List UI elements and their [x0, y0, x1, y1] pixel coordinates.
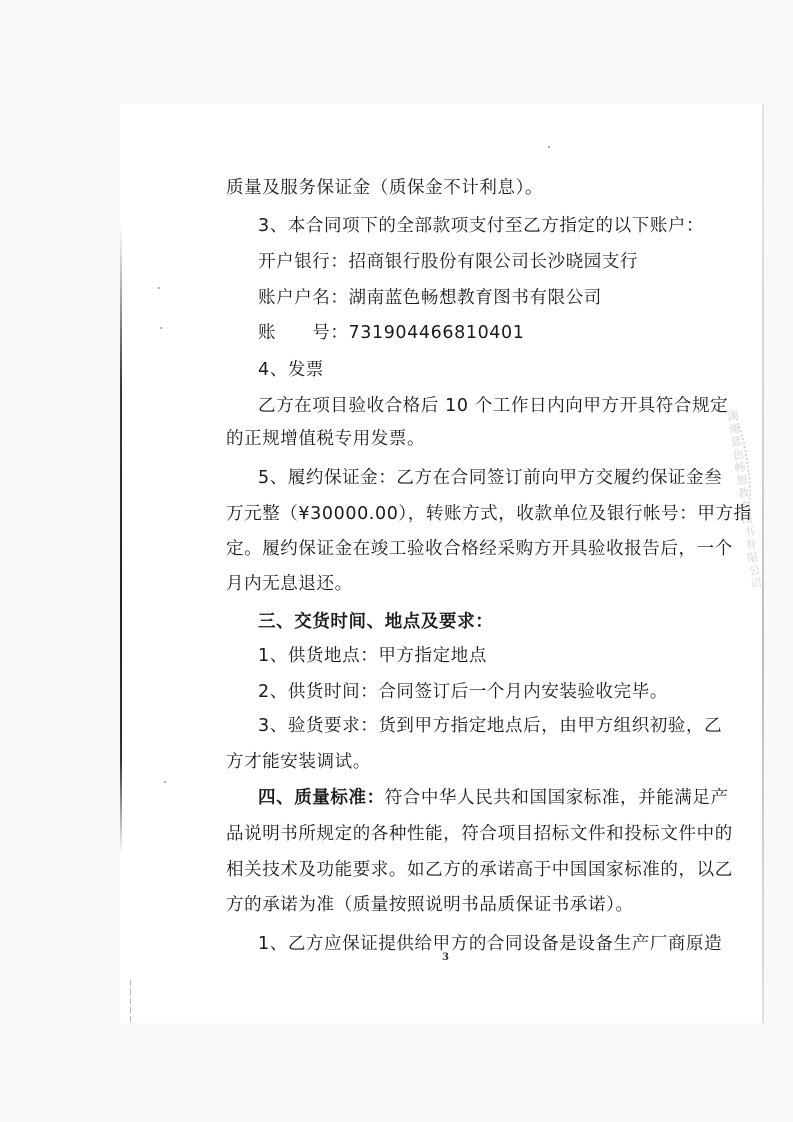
- scan-speck: [164, 781, 166, 783]
- page-number: 3: [442, 952, 449, 963]
- inspection-line: 3、验货要求：货到甲方指定地点后，由甲方组织初验，乙: [258, 714, 662, 738]
- scan-speck: [400, 440, 402, 442]
- text-line-10: 万元整（¥30000.00），转账方式，收款单位及银行帐号：甲方指: [226, 502, 662, 526]
- text-line-1: 质量及服务保证金（质保金不计利息）。: [226, 176, 543, 200]
- text-line-21: 方的承诺为准（质量按照说明书品质保证书承诺）。: [226, 893, 634, 917]
- text-line-22: 1、乙方应保证提供给甲方的合同设备是设备生产厂商原造: [258, 932, 662, 956]
- document-page: [120, 104, 763, 1023]
- quality-text: 符合中华人民共和国国家标准，并能满足产: [385, 786, 729, 810]
- scan-speck: [158, 287, 160, 289]
- text-line-11: 定。履约保证金在竣工验收合格经采购方开具验收报告后，一个: [226, 537, 662, 561]
- text-line-17: 方才能安装调试。: [226, 750, 371, 774]
- performance-bond-line: 5、履约保证金：乙方在合同签订前向甲方交履约保证金叁: [258, 466, 662, 490]
- bank-name-line: 开户银行：招商银行股份有限公司长沙晓园支行: [258, 250, 638, 274]
- scan-edge-left: [120, 225, 122, 855]
- account-name-line: 账户户名：湖南蓝色畅想教育图书有限公司: [258, 286, 602, 310]
- text-line-19: 品说明书所规定的各种性能，符合项目招标文件和投标文件中的: [226, 822, 662, 846]
- account-number-line: 账 号：731904466810401: [258, 321, 525, 345]
- scan-edge-right: [762, 104, 764, 1023]
- delivery-location-line: 1、供货地点：甲方指定地点: [258, 644, 487, 668]
- scan-speck: [160, 327, 162, 329]
- section-delivery-heading: 三、交货时间、地点及要求：: [258, 610, 493, 634]
- text-line-2: 3、本合同项下的全部款项支付至乙方指定的以下账户：: [258, 214, 704, 238]
- section-quality-heading: 四、质量标准：: [258, 786, 385, 810]
- text-line-8: 的正规增值税专用发票。: [226, 427, 425, 451]
- section-quality-line: 四、质量标准： 符合中华人民共和国国家标准，并能满足产: [258, 786, 662, 810]
- scan-edge-dash: [130, 980, 131, 1023]
- scan-speck: [548, 146, 550, 148]
- text-line-20: 相关技术及功能要求。如乙方的承诺高于中国国家标准的，以乙: [226, 858, 662, 882]
- section-invoice-heading: 4、发票: [258, 358, 324, 382]
- text-line-7: 乙方在项目验收合格后 10 个工作日内向甲方开具符合规定: [258, 394, 662, 418]
- delivery-time-line: 2、供货时间：合同签订后一个月内安装验收完毕。: [258, 680, 668, 704]
- text-line-12: 月内无息退还。: [226, 572, 353, 596]
